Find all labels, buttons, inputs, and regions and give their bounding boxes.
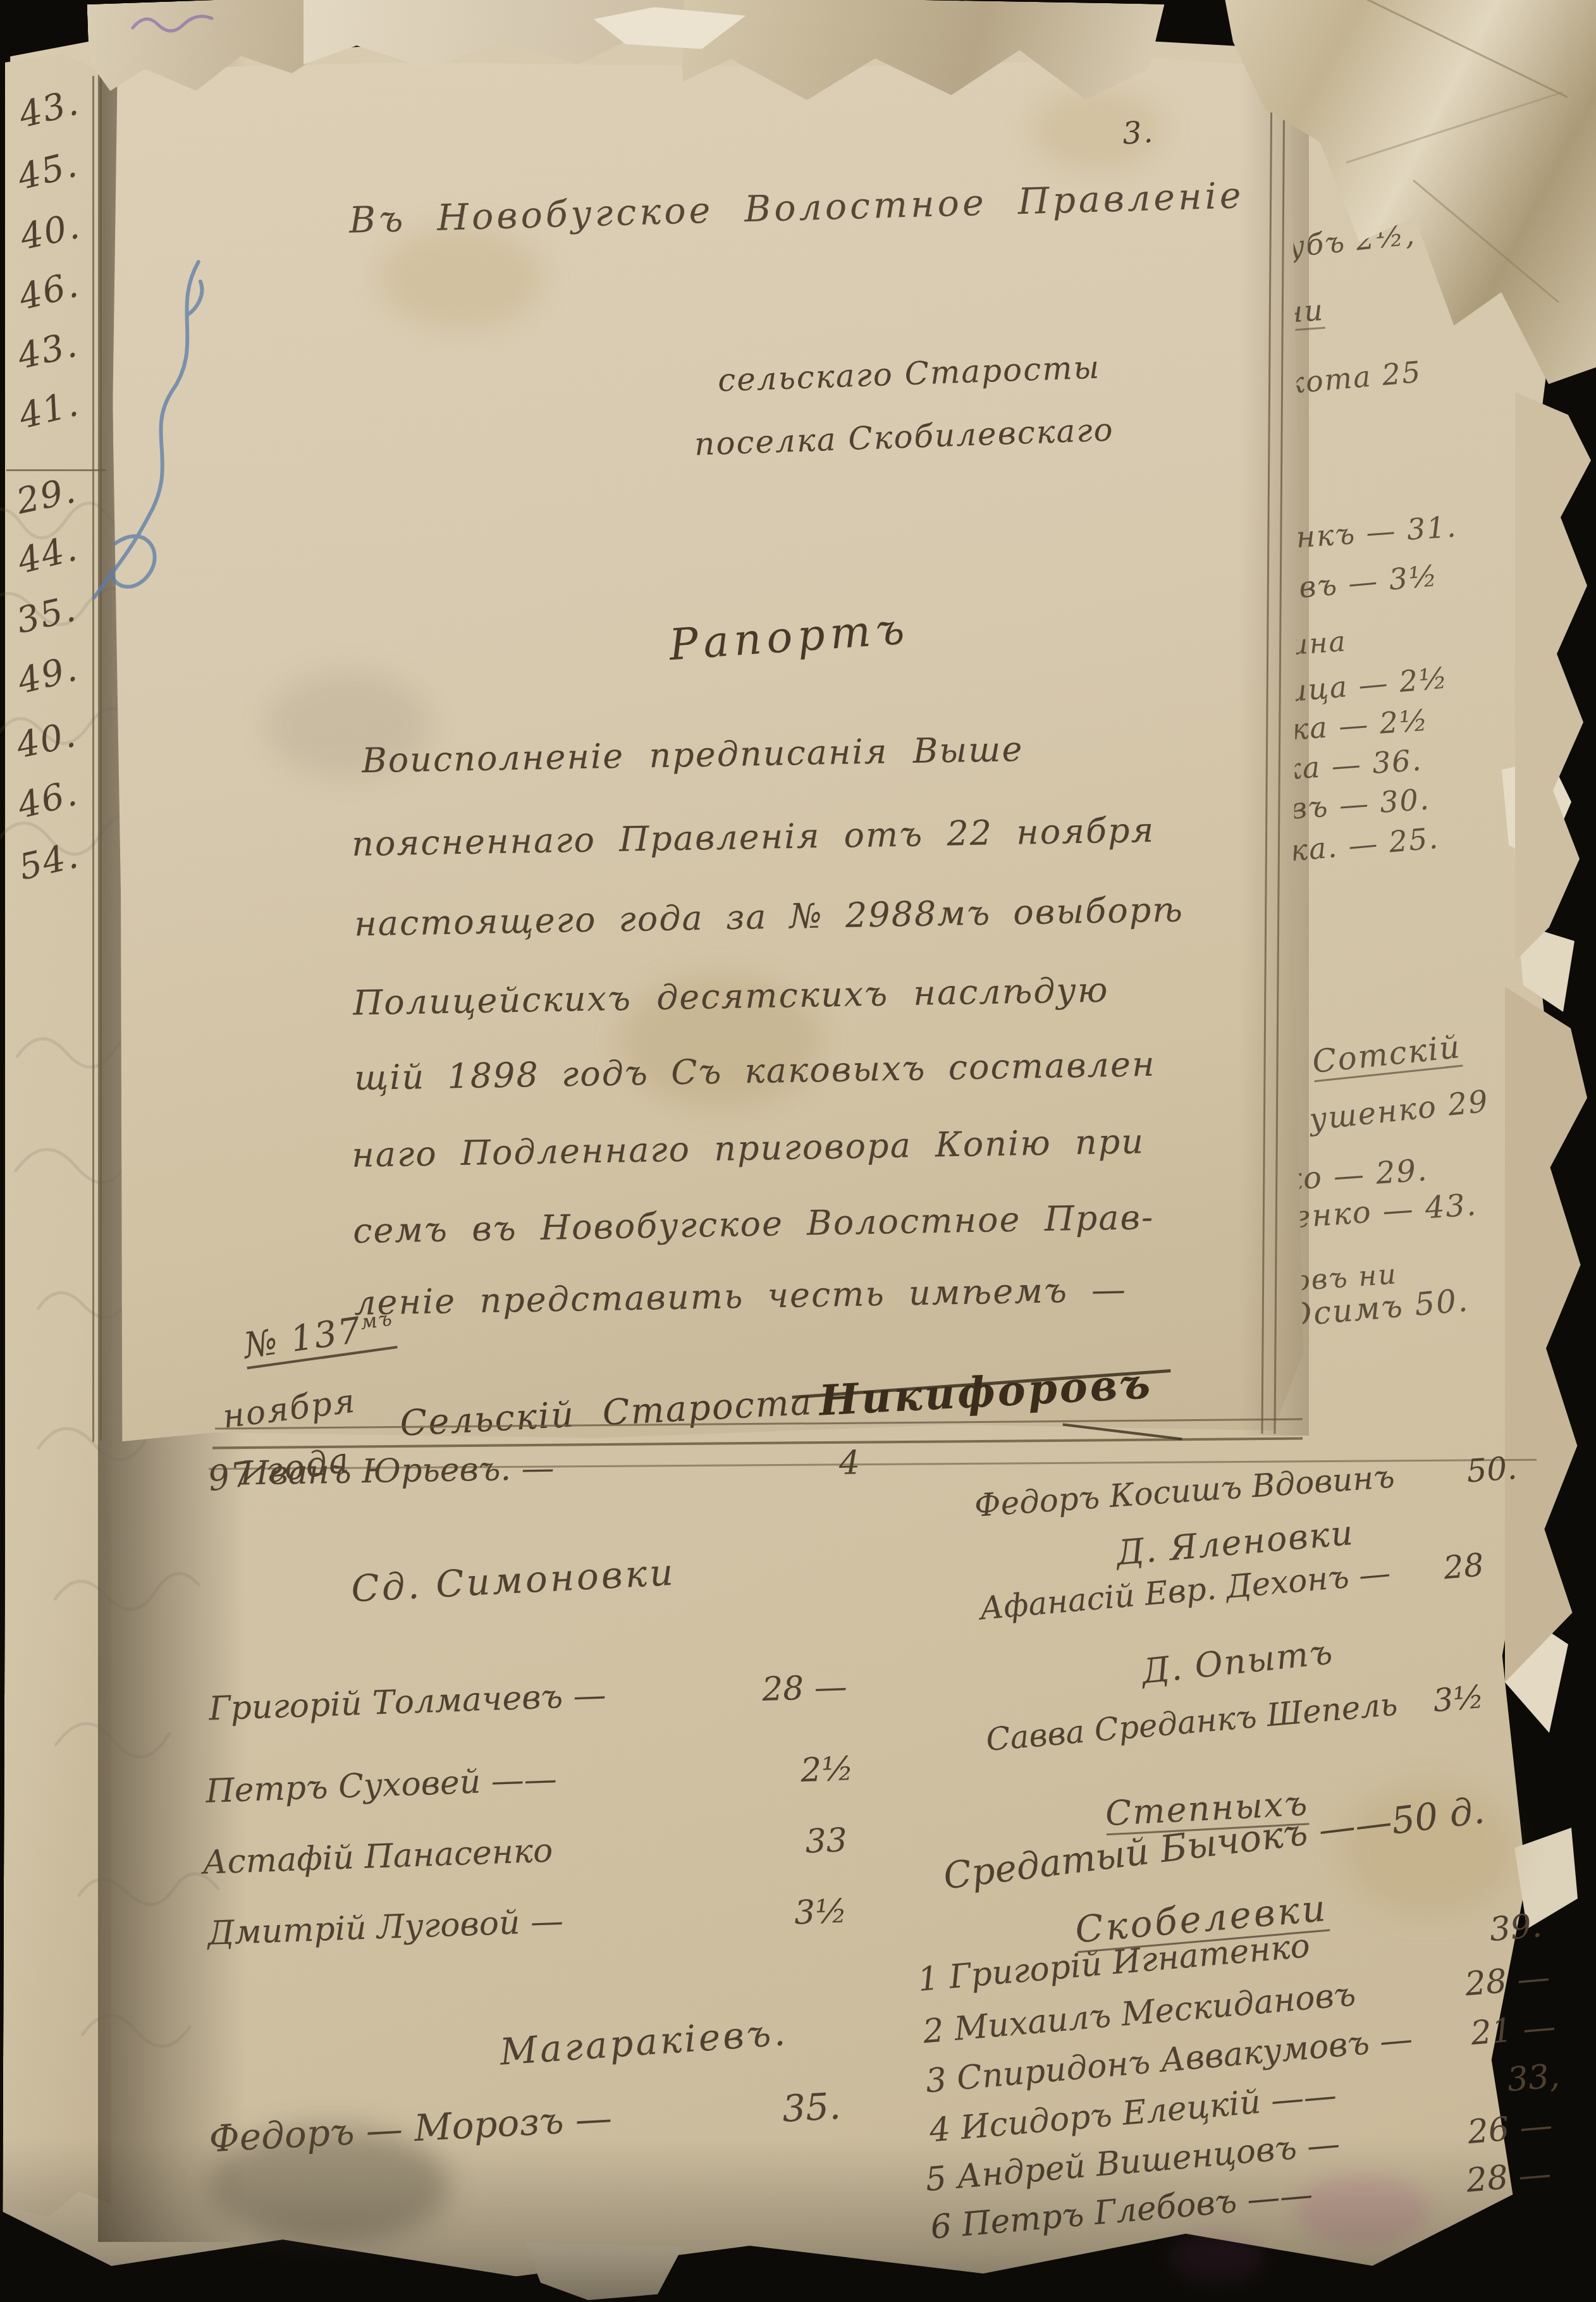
strip-ruled-line-horizontal bbox=[6, 469, 106, 471]
page-number: 3. bbox=[1121, 114, 1155, 151]
ragged-leaf-tip bbox=[1505, 987, 1587, 1682]
purple-pencil-scribble bbox=[130, 9, 218, 40]
fragment-text: ина bbox=[1289, 625, 1347, 662]
torn-bottom-tongue bbox=[525, 2242, 683, 2300]
entry-value: 39. bbox=[1488, 1907, 1544, 1949]
entry-value: 28 — bbox=[1464, 2155, 1552, 2200]
entry-value: 35. bbox=[781, 2084, 842, 2131]
entry-value: 26 — bbox=[1466, 2107, 1554, 2152]
archival-scan: 43. 45. 40. 46. 43. 41. 29. 44. 35. 49. … bbox=[0, 0, 1596, 2302]
entry-value: 4 bbox=[838, 1444, 860, 1482]
entry-value: 21 — bbox=[1469, 2008, 1557, 2053]
ragged-leaf-tip bbox=[1515, 392, 1591, 961]
entry-number: 4 bbox=[928, 2110, 952, 2150]
entry-value: 2½ bbox=[800, 1750, 854, 1790]
entry-number: 6 bbox=[929, 2207, 953, 2247]
ink-smudge bbox=[1170, 2232, 1265, 2283]
entry-value: 3½ bbox=[1432, 1678, 1485, 1720]
strip-ruled-line-vertical bbox=[92, 76, 94, 1442]
entry-number: 1 bbox=[916, 1959, 940, 1999]
blue-pencil-marginalia bbox=[95, 253, 240, 620]
entry-number: 5 bbox=[924, 2160, 948, 2200]
entry-value: 28 — bbox=[761, 1668, 848, 1709]
entry-value: 28 — bbox=[1463, 1959, 1551, 2004]
entry-value: 50. bbox=[1466, 1450, 1518, 1489]
entry-value: 33, bbox=[1506, 2057, 1561, 2100]
entry-value: 3½ bbox=[794, 1892, 848, 1932]
entry-value: 33 bbox=[805, 1821, 848, 1861]
ref-number-suffix: мъ bbox=[359, 1306, 395, 1334]
entry-number: 3 bbox=[924, 2061, 948, 2101]
entry-number: 2 bbox=[921, 2012, 945, 2052]
entry-value: 28 bbox=[1442, 1546, 1485, 1586]
